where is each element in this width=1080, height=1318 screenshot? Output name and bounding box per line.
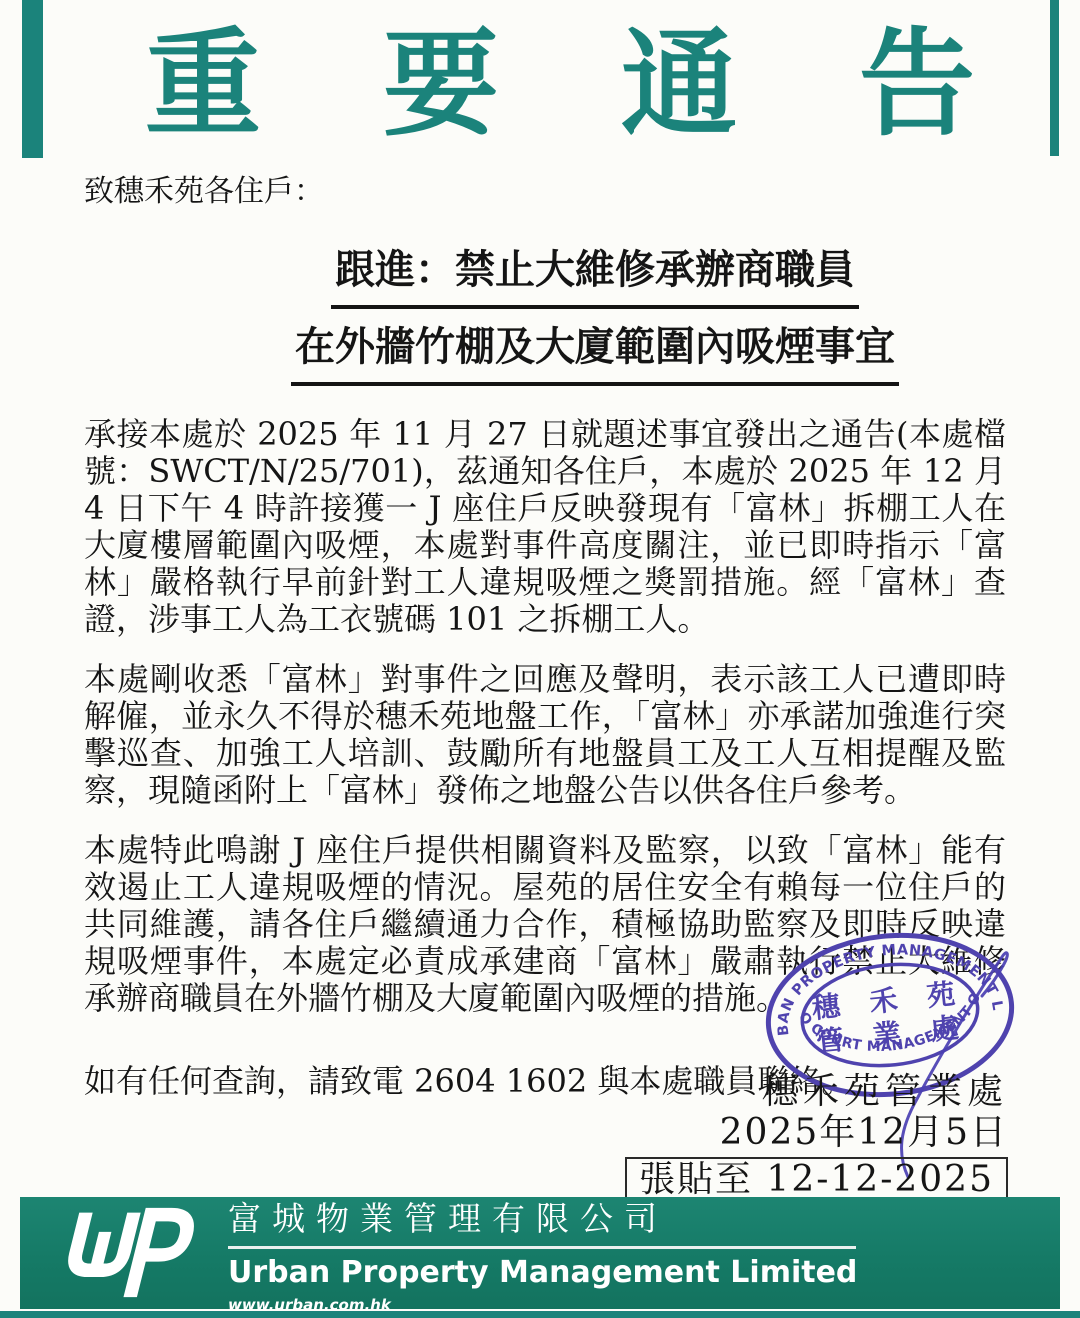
left-edge-bar [22,0,43,158]
up-logo-icon [46,1205,196,1301]
bottom-rule [0,1311,1080,1318]
banner-char-1: 重 [145,6,261,164]
signoff-office: 穗禾苑管業處 [625,1072,1008,1112]
footer-text-block: 富城物業管理有限公司 Urban Property Management Lim… [228,1193,857,1314]
company-name-en: Urban Property Management Limited [228,1255,857,1290]
scanned-notice-page: { "banner": { "chars": ["重", "要", "通", "… [0,0,1080,1318]
right-edge-bar [1050,0,1059,156]
salutation: 致穗禾苑各住戶： [84,166,1006,210]
banner-char-4: 告 [859,6,975,164]
banner-title: 重 要 通 告 [145,6,975,164]
notice-title-line-2: 在外牆竹棚及大廈範圍內吸煙事宜 [291,319,899,386]
banner-char-3: 通 [621,6,737,164]
signoff-date: 2025年12月5日 [625,1113,1008,1153]
paragraph-1: 承接本處於 2025 年 11 月 27 日就題述事宜發出之通告(本處檔號：SW… [84,416,1006,638]
company-logo [46,1205,196,1301]
notice-title: 跟進：禁止大維修承辦商職員 在外牆竹棚及大廈範圍內吸煙事宜 [84,242,1006,386]
footer-divider [228,1246,856,1249]
banner-char-2: 要 [383,6,499,164]
paragraph-2: 本處剛收悉「富林」對事件之回應及聲明，表示該工人已遭即時解僱，並永久不得於穗禾苑… [84,661,1006,809]
notice-title-line-1: 跟進：禁止大維修承辦商職員 [331,242,859,309]
footer-banner: 富城物業管理有限公司 Urban Property Management Lim… [20,1197,1060,1309]
signoff-block: 穗禾苑管業處 2025年12月5日 張貼至 12-12-2025 [625,1072,1008,1206]
company-name-zh: 富城物業管理有限公司 [228,1193,857,1240]
